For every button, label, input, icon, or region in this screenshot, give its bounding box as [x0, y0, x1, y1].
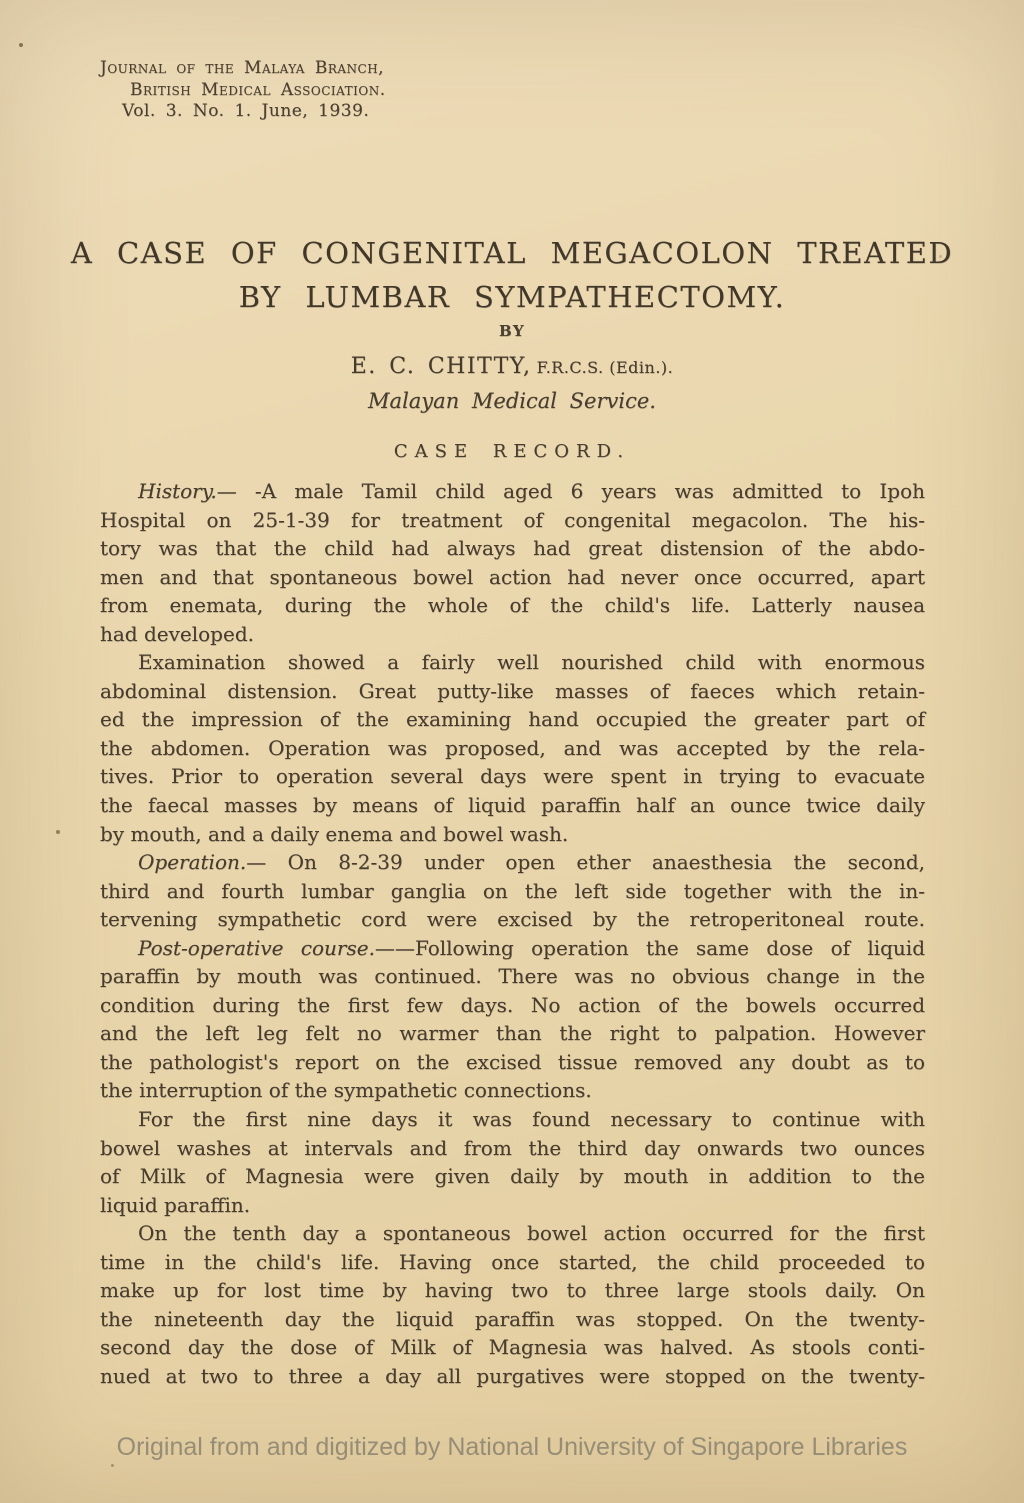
text-line: the interruption of the sympathetic conn…	[100, 1076, 925, 1105]
text-line: bowel washes at intervals and from the t…	[100, 1134, 925, 1163]
text-line: make up for lost time by having two to t…	[100, 1276, 925, 1305]
paper-speck	[19, 43, 23, 47]
author-line: E. C. CHITTY, F.R.C.S. (Edin.).	[0, 354, 1024, 379]
text-line: liquid paraffin.	[100, 1191, 925, 1220]
paragraph: For the first nine days it was found nec…	[100, 1105, 925, 1219]
journal-association: British Medical Association.	[130, 80, 386, 102]
text-line: tervening sympathetic cord were excised …	[100, 905, 925, 934]
author-credentials: F.R.C.S. (Edin.).	[537, 358, 674, 377]
section-heading-case-record: CASE RECORD.	[0, 441, 1024, 462]
text-line: Post-operative course.——Following operat…	[100, 934, 925, 963]
text-line: abdominal distension. Great putty-like m…	[100, 677, 925, 706]
text-line: men and that spontaneous bowel action ha…	[100, 563, 925, 592]
article-title: A CASE OF CONGENITAL MEGACOLON TREATED B…	[0, 231, 1024, 319]
text-line: History.— -A male Tamil child aged 6 yea…	[100, 477, 925, 506]
text-line: second day the dose of Milk of Magnesia …	[100, 1333, 925, 1362]
text-line: the pathologist's report on the excised …	[100, 1048, 925, 1077]
paper-speck	[111, 1464, 114, 1467]
scanned-journal-page: Journal of the Malaya Branch, British Me…	[0, 0, 1024, 1503]
text-line: Hospital on 25-1-39 for treatment of con…	[100, 506, 925, 535]
text-line: from enemata, during the whole of the ch…	[100, 591, 925, 620]
author-affiliation: Malayan Medical Service.	[0, 389, 1024, 413]
text-line: nued at two to three a day all purgative…	[100, 1362, 925, 1391]
text-line: paraffin by mouth was continued. There w…	[100, 962, 925, 991]
text-line: Operation.— On 8-2-39 under open ether a…	[100, 848, 925, 877]
byline-label: BY	[0, 322, 1024, 340]
paragraph-lead: Post-operative course.——	[138, 936, 415, 960]
text-line: the nineteenth day the liquid paraffin w…	[100, 1305, 925, 1334]
text-line: by mouth, and a daily enema and bowel wa…	[100, 820, 925, 849]
article-title-line-1: A CASE OF CONGENITAL MEGACOLON TREATED	[0, 231, 1024, 275]
journal-volume-issue-date: Vol. 3. No. 1. June, 1939.	[122, 101, 386, 123]
paragraph-lead: History.—	[138, 479, 237, 503]
paragraph: Post-operative course.——Following operat…	[100, 934, 925, 1105]
text-line: condition during the first few days. No …	[100, 991, 925, 1020]
text-line: the abdomen. Operation was proposed, and…	[100, 734, 925, 763]
text-line: and the left leg felt no warmer than the…	[100, 1019, 925, 1048]
text-line: had developed.	[100, 620, 925, 649]
body-text: History.— -A male Tamil child aged 6 yea…	[100, 477, 925, 1391]
text-line: tives. Prior to operation several days w…	[100, 762, 925, 791]
text-line: of Milk of Magnesia were given daily by …	[100, 1162, 925, 1191]
text-line: time in the child's life. Having once st…	[100, 1248, 925, 1277]
text-line: On the tenth day a spontaneous bowel act…	[100, 1219, 925, 1248]
text-line: the faecal masses by means of liquid par…	[100, 791, 925, 820]
paragraph-lead: Operation.—	[138, 850, 266, 874]
author-name: E. C. CHITTY,	[351, 354, 532, 379]
text-line: tory was that the child had always had g…	[100, 534, 925, 563]
paragraph: Operation.— On 8-2-39 under open ether a…	[100, 848, 925, 934]
paragraph: History.— -A male Tamil child aged 6 yea…	[100, 477, 925, 648]
text-line: For the first nine days it was found nec…	[100, 1105, 925, 1134]
paper-speck	[56, 830, 60, 834]
paper-speck	[939, 255, 942, 258]
digitization-watermark: Original from and digitized by National …	[0, 1433, 1024, 1462]
article-title-line-2: BY LUMBAR SYMPATHECTOMY.	[0, 275, 1024, 319]
text-line: Examination showed a fairly well nourish…	[100, 648, 925, 677]
paragraph: Examination showed a fairly well nourish…	[100, 648, 925, 848]
paragraph: On the tenth day a spontaneous bowel act…	[100, 1219, 925, 1390]
text-line: third and fourth lumbar ganglia on the l…	[100, 877, 925, 906]
text-line: ed the impression of the examining hand …	[100, 705, 925, 734]
journal-imprint: Journal of the Malaya Branch, British Me…	[100, 58, 386, 123]
journal-name: Journal of the Malaya Branch,	[100, 58, 386, 80]
